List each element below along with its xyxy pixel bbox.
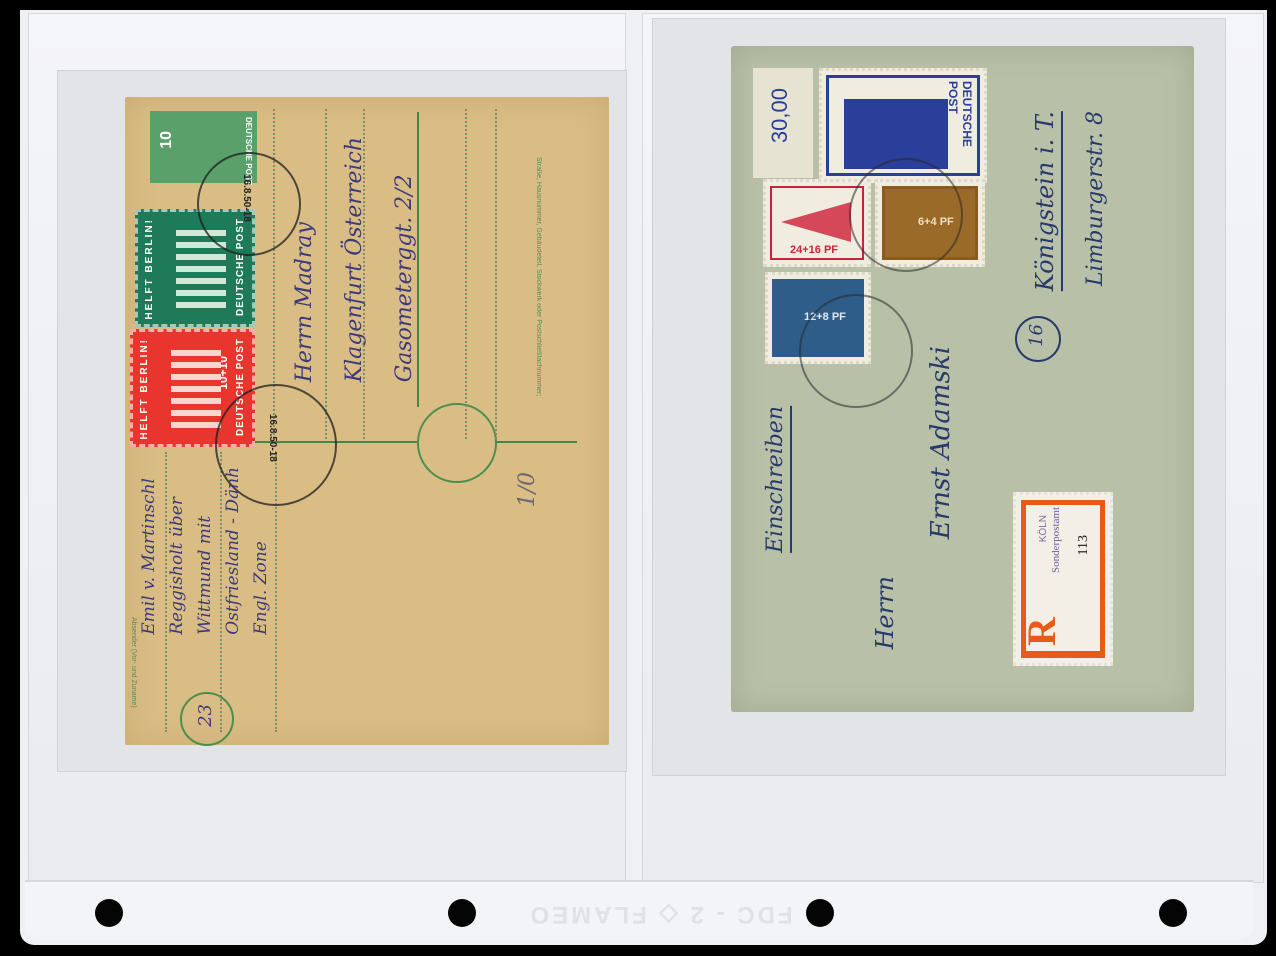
sender-address: Emil v. Martinschl Reggisholt über Wittm… bbox=[135, 467, 275, 635]
address-line: Herrn Madray bbox=[280, 137, 330, 382]
brand-watermark: FDC - 2 ◇ FLAMEO bbox=[520, 900, 800, 929]
binder-hole bbox=[806, 899, 834, 927]
postmark-koeln-dom-2 bbox=[849, 158, 963, 272]
postmark-koeln-dom bbox=[799, 294, 913, 408]
salutation: Herrn bbox=[871, 576, 899, 650]
sender-line: Wittmund mit bbox=[191, 467, 219, 635]
stamp-inscription: HELFT BERLIN! bbox=[139, 338, 150, 440]
sender-line: Ostfriesland - Dänh bbox=[219, 467, 247, 635]
stamp-text: DEUTSCHE POST bbox=[946, 81, 974, 180]
recipient-street: Limburgerstr. 8 bbox=[1083, 111, 1108, 286]
postmark-date: 16.8.50-18 bbox=[241, 174, 252, 222]
address-dotted-line bbox=[495, 109, 497, 439]
postmark-date: 16.8.50-18 bbox=[267, 414, 278, 462]
margin-price-label: 30,00 bbox=[767, 88, 793, 143]
service-annotation: Einschreiben bbox=[763, 406, 792, 553]
brandenburg-gate-icon bbox=[171, 350, 221, 428]
recipient-city: Königstein i. T. bbox=[1031, 111, 1063, 291]
registration-label: R KÖLN Sonderpostamt 113 bbox=[1013, 492, 1113, 666]
registration-office: Sonderpostamt bbox=[1050, 507, 1062, 573]
stamp-value: 24+16 PF bbox=[790, 244, 838, 256]
registration-city: KÖLN bbox=[1038, 515, 1049, 542]
postcard-stamp-circle bbox=[417, 403, 497, 483]
postcard: Straße, Hausnummer, Gebäudeteil, Stockwe… bbox=[125, 97, 609, 745]
recipient-address: Herrn Madray Klagenfurt Österreich Gasom… bbox=[280, 137, 430, 382]
pencil-mark: 1/0 bbox=[515, 472, 540, 507]
address-dotted-line bbox=[465, 109, 467, 439]
binder-hole bbox=[448, 899, 476, 927]
sheet-margin: 30,00 bbox=[753, 68, 813, 178]
address-line: Gasometerggt. 2/2 bbox=[380, 137, 430, 382]
circled-mark-number: 23 bbox=[195, 704, 216, 727]
registration-number: 113 bbox=[1076, 535, 1092, 555]
stamp-value: 10 bbox=[158, 131, 176, 149]
sender-line: Emil v. Martinschl bbox=[135, 467, 163, 635]
registered-cover: 30,00 DEUTSCHE POST 24+16 PF 6+4 PF 12+8… bbox=[731, 46, 1194, 712]
binder-hole bbox=[95, 899, 123, 927]
postal-zone: 16 bbox=[1026, 324, 1047, 347]
postcard-horizontal-line-right bbox=[495, 441, 577, 443]
stamp-inscription: HELFT BERLIN! bbox=[144, 218, 155, 320]
sender-line: Reggisholt über bbox=[163, 467, 191, 635]
registration-letter: R bbox=[1023, 613, 1105, 656]
address-line: Klagenfurt Österreich bbox=[330, 137, 380, 382]
printed-address-hint: Straße, Hausnummer, Gebäudeteil, Stockwe… bbox=[535, 157, 542, 397]
sender-line: Engl. Zone bbox=[247, 467, 275, 635]
recipient-name: Ernst Adamski bbox=[926, 346, 956, 539]
binder-hole bbox=[1159, 899, 1187, 927]
